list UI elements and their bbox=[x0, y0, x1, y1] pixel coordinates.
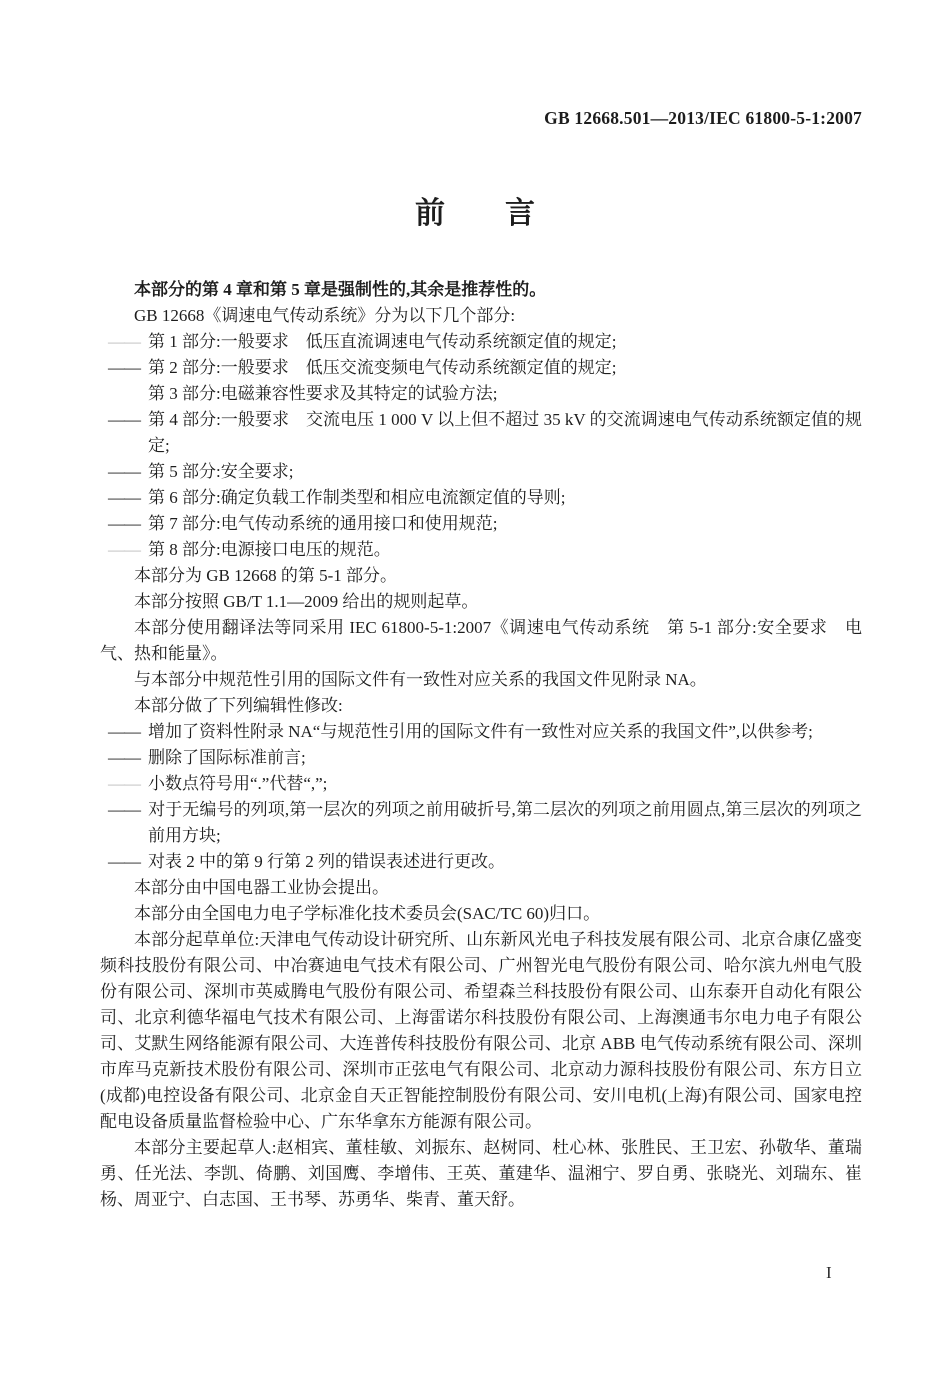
list-item-part-5: ——第 5 部分:安全要求; bbox=[100, 459, 862, 485]
paragraph-annex-na: 与本部分中规范性引用的国际文件有一致性对应关系的我国文件见附录 NA。 bbox=[100, 667, 862, 693]
paragraph-centralized-by: 本部分由全国电力电子学标准化技术委员会(SAC/TC 60)归口。 bbox=[100, 901, 862, 927]
list-item-edit-2: ——删除了国际标准前言; bbox=[100, 745, 862, 771]
list-item-text: 第 5 部分:安全要求; bbox=[148, 462, 293, 481]
list-item-text: 对于无编号的列项,第一层次的列项之前用破折号,第二层次的列项之前用圆点,第三层次… bbox=[148, 800, 862, 845]
paragraph-series-intro: GB 12668《调速电气传动系统》分为以下几个部分: bbox=[100, 303, 862, 329]
paragraph-part-designation: 本部分为 GB 12668 的第 5-1 部分。 bbox=[100, 563, 862, 589]
list-item-text: 第 8 部分:电源接口电压的规范。 bbox=[148, 540, 391, 559]
list-item-text: 第 7 部分:电气传动系统的通用接口和使用规范; bbox=[148, 514, 497, 533]
paragraph-drafting-rule: 本部分按照 GB/T 1.1—2009 给出的规则起草。 bbox=[100, 589, 862, 615]
dash-marker: —— bbox=[100, 329, 148, 355]
list-item-part-7: ——第 7 部分:电气传动系统的通用接口和使用规范; bbox=[100, 511, 862, 537]
page-number: I bbox=[826, 1263, 832, 1283]
paragraph-proposed-by: 本部分由中国电器工业协会提出。 bbox=[100, 875, 862, 901]
list-item-text: 第 4 部分:一般要求 交流电压 1 000 V 以上但不超过 35 kV 的交… bbox=[148, 410, 862, 455]
list-item-part-8: ——第 8 部分:电源接口电压的规范。 bbox=[100, 537, 862, 563]
paragraph-drafters: 本部分主要起草人:赵相宾、董桂敏、刘振东、赵树同、杜心林、张胜民、王卫宏、孙敬华… bbox=[100, 1135, 862, 1213]
list-item-edit-3: ——小数点符号用“.”代替“,”; bbox=[100, 771, 862, 797]
list-item-part-3: 第 3 部分:电磁兼容性要求及其特定的试验方法; bbox=[100, 381, 862, 407]
list-item-part-6: ——第 6 部分:确定负载工作制类型和相应电流额定值的导则; bbox=[100, 485, 862, 511]
list-item-part-2: ——第 2 部分:一般要求 低压交流变频电气传动系统额定值的规定; bbox=[100, 355, 862, 381]
paragraph-drafting-organizations: 本部分起草单位:天津电气传动设计研究所、山东新风光电子科技发展有限公司、北京合康… bbox=[100, 927, 862, 1135]
list-item-edit-5: ——对表 2 中的第 9 行第 2 列的错误表述进行更改。 bbox=[100, 849, 862, 875]
dash-marker: —— bbox=[100, 511, 148, 537]
list-item-text: 增加了资料性附录 NA“与规范性引用的国际文件有一致性对应关系的我国文件”,以供… bbox=[148, 722, 813, 741]
list-item-text: 对表 2 中的第 9 行第 2 列的错误表述进行更改。 bbox=[148, 852, 505, 871]
dash-marker: —— bbox=[100, 459, 148, 485]
dash-marker: —— bbox=[100, 771, 148, 797]
foreword-body: 本部分的第 4 章和第 5 章是强制性的,其余是推荐性的。 GB 12668《调… bbox=[100, 277, 862, 1213]
dash-marker: —— bbox=[100, 849, 148, 875]
list-item-text: 删除了国际标准前言; bbox=[148, 748, 306, 767]
dash-marker: —— bbox=[100, 355, 148, 381]
dash-marker: —— bbox=[100, 485, 148, 511]
paragraph-mandatory-note: 本部分的第 4 章和第 5 章是强制性的,其余是推荐性的。 bbox=[100, 277, 862, 303]
paragraph-translation: 本部分使用翻译法等同采用 IEC 61800-5-1:2007《调速电气传动系统… bbox=[100, 615, 862, 667]
list-item-part-4: ——第 4 部分:一般要求 交流电压 1 000 V 以上但不超过 35 kV … bbox=[100, 407, 862, 459]
list-item-text: 小数点符号用“.”代替“,”; bbox=[148, 774, 327, 793]
list-item-edit-1: ——增加了资料性附录 NA“与规范性引用的国际文件有一致性对应关系的我国文件”,… bbox=[100, 719, 862, 745]
list-item-text: 第 1 部分:一般要求 低压直流调速电气传动系统额定值的规定; bbox=[148, 332, 616, 351]
list-item-text: 第 2 部分:一般要求 低压交流变频电气传动系统额定值的规定; bbox=[148, 358, 616, 377]
dash-marker: —— bbox=[100, 719, 148, 745]
dash-marker: —— bbox=[100, 797, 148, 823]
list-item-part-1: ——第 1 部分:一般要求 低压直流调速电气传动系统额定值的规定; bbox=[100, 329, 862, 355]
standard-number: GB 12668.501—2013/IEC 61800-5-1:2007 bbox=[544, 108, 862, 129]
list-item-text: 第 3 部分:电磁兼容性要求及其特定的试验方法; bbox=[148, 384, 497, 403]
document-page: GB 12668.501—2013/IEC 61800-5-1:2007 前 言… bbox=[0, 0, 950, 1386]
page-title: 前 言 bbox=[0, 188, 950, 232]
list-item-text: 第 6 部分:确定负载工作制类型和相应电流额定值的导则; bbox=[148, 488, 565, 507]
dash-marker: —— bbox=[100, 745, 148, 771]
dash-marker: —— bbox=[100, 407, 148, 433]
paragraph-edits-intro: 本部分做了下列编辑性修改: bbox=[100, 693, 862, 719]
list-item-edit-4: ——对于无编号的列项,第一层次的列项之前用破折号,第二层次的列项之前用圆点,第三… bbox=[100, 797, 862, 849]
dash-marker: —— bbox=[100, 537, 148, 563]
